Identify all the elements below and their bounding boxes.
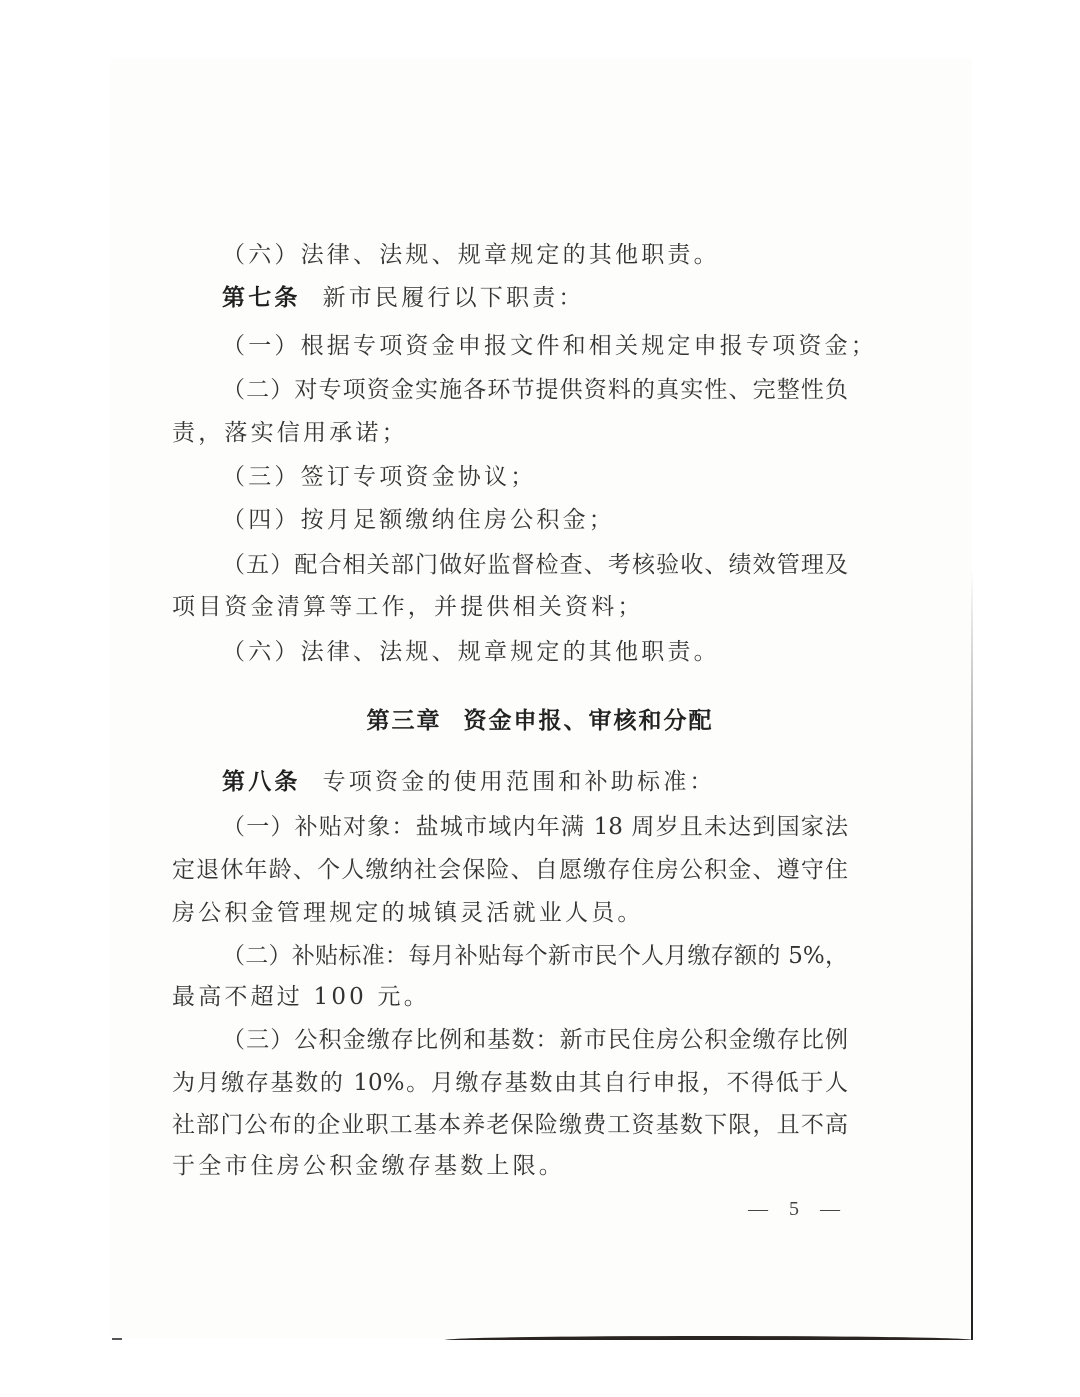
article-7-item-5-line-1: （五）配合相关部门做好监督检查、考核验收、绩效管理及 [222,550,848,580]
article-8-item-3-line-2: 为月缴存基数的 10%。月缴存基数由其自行申报，不得低于人 [172,1068,848,1098]
page-number: — 5 — [748,1198,848,1221]
article-7-item-5-line-2: 项目资金清算等工作，并提供相关资料； [172,592,644,622]
article-8-label: 第八条 [222,768,301,795]
article-7-text: 新市民履行以下职责： [323,285,585,311]
article-8-heading: 第八条专项资金的使用范围和补助标准： [222,767,716,797]
page-edge-shadow-bottom [445,1336,973,1340]
article-8-text: 专项资金的使用范围和补助标准： [323,769,716,795]
chapter-number: 第三章 [367,707,442,734]
page-edge-mark [112,1338,122,1340]
article-8-item-3-line-3: 社部门公布的企业职工基本养老保险缴费工资基数下限，且不高 [172,1110,848,1140]
article-7-item-4: （四）按月足额缴纳住房公积金； [222,505,615,535]
article-8-item-1-line-2: 定退休年龄、个人缴纳社会保险、自愿缴存住房公积金、遵守住 [172,855,848,885]
article-8-item-2-line-1: （二）补贴标准：每月补贴每个新市民个人月缴存额的 5%， [222,941,848,971]
article-8-item-3-line-1: （三）公积金缴存比例和基数：新市民住房公积金缴存比例 [222,1025,848,1055]
article-8-item-1-line-3: 房公积金管理规定的城镇灵活就业人员。 [172,898,644,928]
page-edge-shadow-right [971,570,973,1340]
article-7-item-2-line-1: （二）对专项资金实施各环节提供资料的真实性、完整性负 [222,375,848,405]
article-7-item-3: （三）签订专项资金协议； [222,462,536,492]
article-8-item-1-line-1: （一）补贴对象：盐城市域内年满 18 周岁且未达到国家法 [222,812,848,842]
chapter-title: 资金申报、审核和分配 [464,707,714,734]
chapter-heading: 第三章资金申报、审核和分配 [0,702,1080,735]
article-7-label: 第七条 [222,284,301,311]
article-8-item-3-line-4: 于全市住房公积金缴存基数上限。 [172,1151,565,1181]
article-7-heading: 第七条新市民履行以下职责： [222,283,585,313]
article-7-item-2-line-2: 责，落实信用承诺； [172,418,408,448]
article-6-item-6: （六）法律、法规、规章规定的其他职责。 [222,240,720,270]
article-7-item-6: （六）法律、法规、规章规定的其他职责。 [222,637,720,667]
article-8-item-2-line-2: 最高不超过 100 元。 [172,982,430,1012]
article-7-item-1: （一）根据专项资金申报文件和相关规定申报专项资金； [222,331,877,361]
